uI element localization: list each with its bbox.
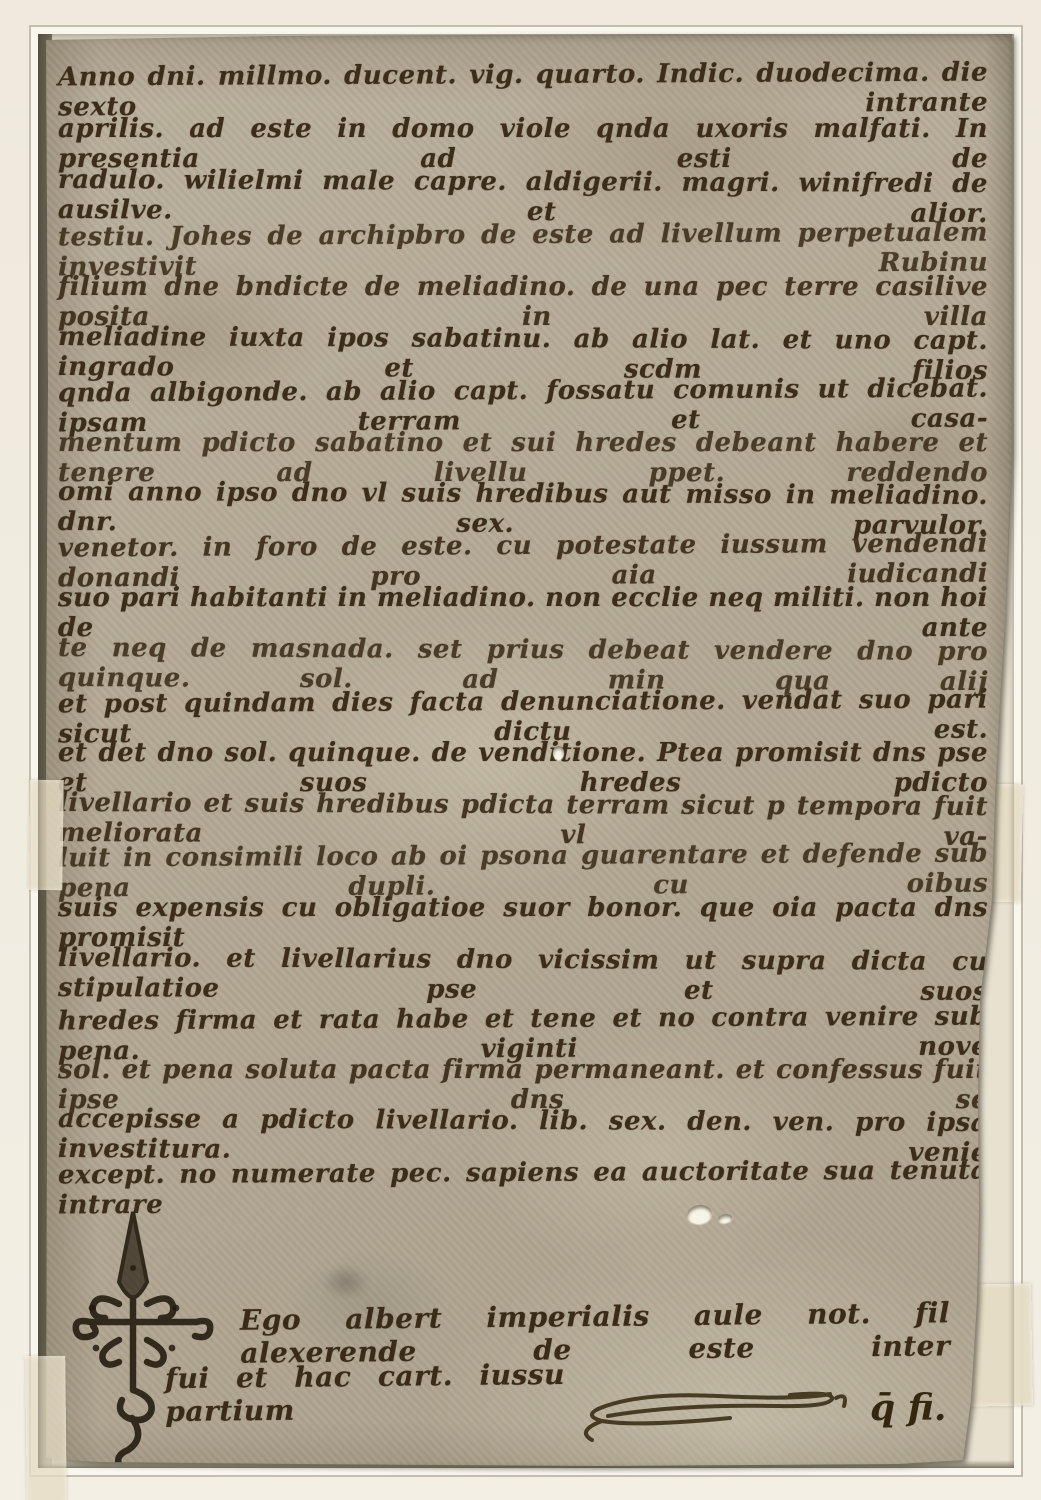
notary-cross-sign <box>66 1190 276 1490</box>
manuscript-text-line: te neq de masnada. set prius debeat vend… <box>58 633 988 677</box>
manuscript-text-line: Anno dni. millmo. ducent. vig. quarto. I… <box>58 58 988 103</box>
notary-subscription-line: Ego albert imperialis aule not. fil alex… <box>240 1296 950 1347</box>
window-opening: Anno dni. millmo. ducent. vig. quarto. I… <box>38 34 1014 1468</box>
manuscript-text-line: livellario et suis hredibus pdicta terra… <box>58 788 988 832</box>
manuscript-text-line: sol. et pena soluta pacta firma permanea… <box>58 1055 988 1095</box>
manuscript-text-line: filium dne bndicte de meliadino. de una … <box>58 272 988 312</box>
flourish-trailing-letters: q̄ fi. <box>870 1387 946 1429</box>
manuscript-text-line: venetor. in foro de este. cu potestate i… <box>58 529 988 574</box>
manuscript-text-line: suis expensis cu obligatioe suor bonor. … <box>58 893 988 933</box>
manuscript-text-line: testiu. Johes de archipbro de este ad li… <box>58 218 988 263</box>
manuscript-text-line: et post quindam dies facta denunciatione… <box>58 685 988 730</box>
manuscript-text-line: omi anno ipso dno vl suis hredibus aut m… <box>58 477 988 521</box>
manuscript-text-line: aprilis. ad este in domo viole qnda uxor… <box>58 114 988 154</box>
parchment-hole <box>717 1213 732 1224</box>
parchment-wrapper: Anno dni. millmo. ducent. vig. quarto. I… <box>38 34 1014 1468</box>
manuscript-text-line: accepisse a pdicto livellario. lib. sex.… <box>58 1104 988 1148</box>
tape-strip-left-lower <box>25 1356 67 1500</box>
signature-flourish: q̄ fi. <box>578 1364 978 1474</box>
manuscript-text-line: qnda albigonde. ab alio capt. fossatu co… <box>58 374 988 419</box>
manuscript-text-line: hredes firma et rata habe et tene et no … <box>58 1002 988 1047</box>
parchment-stain <box>322 1264 370 1300</box>
parchment-hole <box>686 1203 713 1225</box>
manuscript-text-line: radulo. wilielmi male capre. aldigerii. … <box>58 165 988 209</box>
parchment: Anno dni. millmo. ducent. vig. quarto. I… <box>38 34 1014 1468</box>
manuscript-text-line: suo pari habitanti in meliadino. non ecc… <box>58 583 988 623</box>
manuscript-text-line: meliadine iuxta ipos sabatinu. ab alio l… <box>58 322 988 366</box>
matboard: Anno dni. millmo. ducent. vig. quarto. I… <box>0 0 1041 1500</box>
manuscript-text-line: mentum pdicto sabatino et sui hredes deb… <box>58 428 988 468</box>
parchment-hole <box>553 746 564 760</box>
tape-strip-left-upper <box>28 780 64 890</box>
manuscript-text-line: livellario. et livellarius dno vicissim … <box>58 943 988 987</box>
manuscript-text-line: et det dno sol. quinque. de venditione. … <box>58 738 988 778</box>
manuscript-text-line: luit in consimili loco ab oi psona guare… <box>58 839 988 884</box>
